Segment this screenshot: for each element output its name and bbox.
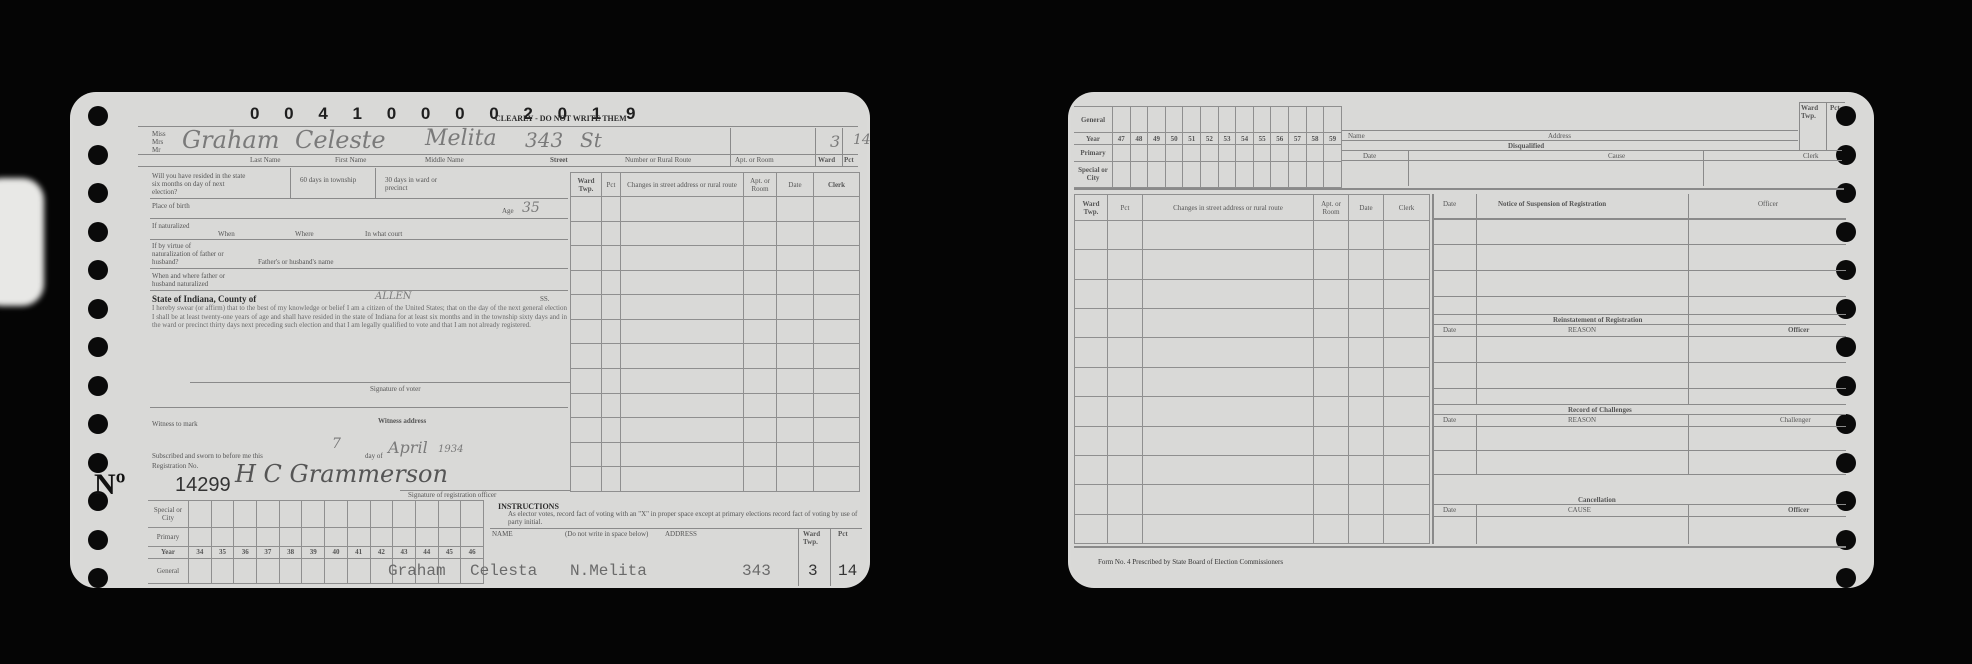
label-ward: Ward [818,156,835,164]
age-value: 35 [522,200,540,216]
typed-last-name: Graham [388,562,446,580]
witness-label: Witness to mark [152,420,198,428]
label-first-name: First Name [335,156,366,164]
number-mark: Nº [94,468,126,502]
col-clerk: Clerk [814,173,860,197]
punch-hole [88,299,108,319]
court-label: In what court [365,230,402,238]
handwritten-street: Melita [425,126,497,151]
township-label: 60 days in township [300,176,360,184]
typed-pct: 14 [838,562,857,580]
punch-hole [88,183,108,203]
punch-hole [88,106,108,126]
challenges-reason-label: REASON [1568,416,1596,424]
reinstatement-title: Reinstatement of Registration [1553,316,1642,324]
year-value: 1934 [438,444,463,455]
label-pct: Pct [844,156,854,164]
challenges-title: Record of Challenges [1568,406,1632,414]
handwritten-ward: 3 [830,132,840,151]
col-date: Date [1349,195,1384,221]
col-ward: Ward Twp. [1075,195,1108,221]
disq-clerk-label: Clerk [1803,152,1819,160]
when-where-label: When and where father or husband natural… [152,272,247,288]
label-apt: Apt. or Room [735,156,774,164]
signature-voter-label: Signature of voter [370,385,421,393]
address-changes-table: Ward Twp. Pct Changes in street address … [570,172,860,492]
title-prefixes: MissMrsMr [152,130,166,154]
fathers-name-label: Father's or husband's name [258,258,333,266]
label-middle-name: Middle Name [425,156,464,164]
instructions-text: As elector votes, record fact of voting … [508,510,868,526]
header-notice: CLEARLY - DO NOT WRITE THEM [495,114,627,123]
day-value: 7 [332,436,341,452]
state-label: State of Indiana, County of [152,294,256,304]
bottom-name-label: NAME [492,530,513,538]
punch-hole [1836,145,1856,165]
registration-card-back: General Year 47484950515253545556575859 … [1068,92,1874,588]
col-ward: Ward Twp. [571,173,602,197]
naturalized-label: If naturalized [152,222,212,230]
address-changes-table-back: Ward Twp. Pct Changes in street address … [1074,194,1430,544]
punch-hole [1836,183,1856,203]
name-label: Name [1348,132,1365,140]
punch-hole [1836,491,1856,511]
punch-hole [88,414,108,434]
typed-number: 343 [742,562,771,580]
voting-record-grid-back: General Year 47484950515253545556575859 … [1074,106,1342,188]
row-general: General [148,559,189,584]
witness-address-label: Witness address [378,417,426,425]
ss-label: SS. [540,295,550,303]
suspension-date-label: Date [1443,200,1456,208]
registration-no-label: Registration No. [152,462,198,470]
row-special: Special or City [1074,161,1113,187]
back-pct-label: Pct [1830,104,1840,112]
label-number: Number or Rural Route [625,156,691,164]
officer-signature-label: Signature of registration officer [408,491,496,499]
back-ward-label: Ward Twp. [1801,104,1823,120]
typed-first-name: Celesta [470,562,537,580]
challenges-date-label: Date [1443,416,1456,424]
age-label: Age [502,207,514,215]
col-changes: Changes in street address or rural route [1143,195,1314,221]
handwritten-suffix: St [580,128,602,152]
punch-hole [88,222,108,242]
birth-label: Place of birth [152,202,202,210]
row-primary: Primary [1074,145,1113,161]
disq-cause-label: Cause [1608,152,1625,160]
reinstatement-officer-label: Officer [1788,326,1809,334]
row-year: Year [1074,133,1113,145]
handwritten-last-name: Graham [182,126,279,154]
county-value: ALLEN [375,291,412,302]
bottom-pct-label: Pct [838,530,848,538]
row-primary: Primary [148,527,189,546]
ward-precinct-label: 30 days in ward or precinct [385,176,455,192]
month-value: April [388,438,428,457]
punch-hole [88,337,108,357]
oath-text: I hereby swear (or affirm) that to the b… [152,304,567,330]
where-label: Where [295,230,314,238]
bottom-address-label: ADDRESS [665,530,697,538]
typed-ward: 3 [808,562,818,580]
label-last-name: Last Name [250,156,281,164]
punch-hole [1836,299,1856,319]
handwritten-first-name: Celeste [295,126,386,154]
punch-hole [88,260,108,280]
punch-holes-left [88,106,108,588]
registration-card-front: 0 0 4 1 0 0 0 0 2 0 1 9 CLEARLY - DO NOT… [70,92,870,588]
subscribed-label: Subscribed and sworn to before me this [152,452,263,460]
challenges-challenger-label: Challenger [1780,416,1811,424]
punch-hole [88,568,108,588]
cancellation-title: Cancellation [1578,496,1616,504]
bottom-ward-label: Ward Twp. [803,530,823,546]
col-pct: Pct [602,173,621,197]
col-date: Date [777,173,814,197]
reinstatement-date-label: Date [1443,326,1456,334]
suspension-officer-label: Officer [1758,200,1778,208]
col-apt: Apt. or Room [744,173,777,197]
reinstatement-reason-label: REASON [1568,326,1596,334]
address-label: Address [1548,132,1571,140]
when-label: When [218,230,235,238]
handwritten-number: 343 [525,128,563,152]
cancellation-date-label: Date [1443,506,1456,514]
row-special: Special or City [148,501,189,528]
row-year: Year [148,546,189,558]
punch-hole [1836,376,1856,396]
punch-hole [1836,337,1856,357]
form-footer: Form No. 4 Prescribed by State Board of … [1098,558,1283,566]
disqualified-label: Disqualified [1508,142,1544,150]
day-of-label: day of [365,452,383,460]
punch-hole [1836,568,1856,588]
punch-hole [88,145,108,165]
punch-hole [88,530,108,550]
residency-question: Will you have resided in the state six m… [152,172,247,196]
row-general: General [1074,107,1113,133]
handwritten-pct: 14 [853,132,871,148]
film-tab-artifact [0,178,44,306]
cancellation-cause-label: CAUSE [1568,506,1591,514]
col-clerk: Clerk [1384,195,1430,221]
typed-street: N.Melita [570,562,647,580]
col-changes: Changes in street address or rural route [621,173,744,197]
punch-hole [88,376,108,396]
cancellation-officer-label: Officer [1788,506,1809,514]
registration-number: 14299 [175,474,231,497]
disq-date-label: Date [1363,152,1376,160]
punch-hole [1836,453,1856,473]
col-apt: Apt. or Room [1314,195,1349,221]
virtue-label: If by virtue of naturalization of father… [152,242,230,266]
punch-hole [1836,414,1856,434]
officer-signature: H C Grammerson [235,460,448,488]
suspension-title: Notice of Suspension of Registration [1498,200,1606,208]
col-pct: Pct [1108,195,1143,221]
punch-hole [1836,222,1856,242]
label-street: Street [550,156,568,164]
bottom-note-label: (Do not write in space below) [565,530,648,538]
